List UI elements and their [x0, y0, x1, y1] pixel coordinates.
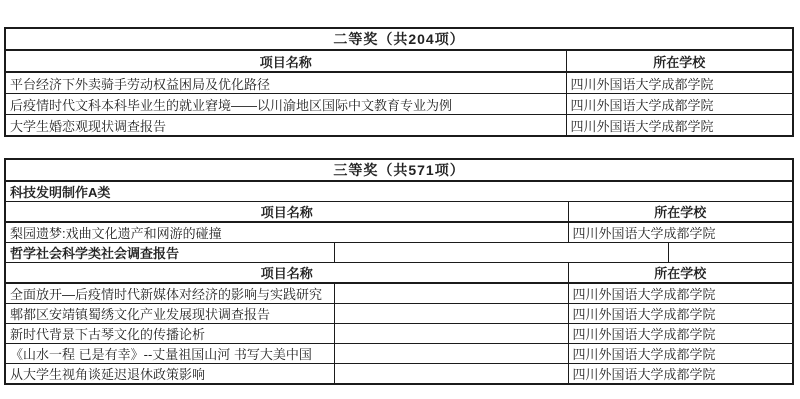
empty-cell: [334, 344, 568, 364]
column-header-project: 项目名称: [5, 202, 568, 223]
title-text: 项）: [435, 31, 465, 47]
project-cell: 大学生婚恋观现状调查报告: [5, 115, 566, 137]
prize-count: 571: [408, 162, 434, 178]
table-row: 平台经济下外卖骑手劳动权益困局及优化路径 四川外国语大学成都学院: [5, 72, 793, 94]
project-cell: 《山水一程 已是有幸》--丈量祖国山河 书写大美中国: [5, 344, 334, 364]
project-cell: 后疫情时代文科本科毕业生的就业窘境——以川渝地区国际中文教育专业为例: [5, 94, 566, 115]
school-cell: 四川外国语大学成都学院: [568, 222, 793, 243]
school-cell: 四川外国语大学成都学院: [568, 364, 793, 385]
section-row: 科技发明制作A类: [5, 181, 793, 202]
table-row: 后疫情时代文科本科毕业生的就业窘境——以川渝地区国际中文教育专业为例 四川外国语…: [5, 94, 793, 115]
table-row: 全面放开—后疫情时代新媒体对经济的影响与实践研究 四川外国语大学成都学院: [5, 283, 793, 304]
second-prize-table: 二等奖（共204项） 项目名称 所在学校 平台经济下外卖骑手劳动权益困局及优化路…: [4, 27, 794, 137]
table-row: 从大学生视角谈延迟退休政策影响 四川外国语大学成都学院: [5, 364, 793, 385]
project-cell: 从大学生视角谈延迟退休政策影响: [5, 364, 334, 385]
project-cell: 平台经济下外卖骑手劳动权益困局及优化路径: [5, 72, 566, 94]
title-text: 二等奖（共: [333, 31, 408, 47]
section-label-philosophy-social-survey: 哲学社会科学类社会调查报告: [5, 243, 334, 263]
column-header-project: 项目名称: [5, 263, 568, 284]
table-row: 二等奖（共204项）: [5, 28, 793, 50]
page: { "colors": { "background": "#ffffff", "…: [0, 0, 800, 399]
project-cell: 全面放开—后疫情时代新媒体对经济的影响与实践研究: [5, 283, 334, 304]
third-prize-title: 三等奖（共571项）: [5, 159, 793, 181]
empty-cell: [668, 243, 793, 263]
table-row: 大学生婚恋观现状调查报告 四川外国语大学成都学院: [5, 115, 793, 137]
section-label-tech-invention-a: 科技发明制作A类: [5, 181, 793, 202]
empty-cell: [334, 283, 568, 304]
section-row: 哲学社会科学类社会调查报告: [5, 243, 793, 263]
column-header-project: 项目名称: [5, 50, 566, 72]
project-cell: 新时代背景下古琴文化的传播论析: [5, 324, 334, 344]
title-text: 项）: [435, 162, 465, 178]
school-cell: 四川外国语大学成都学院: [568, 324, 793, 344]
school-cell: 四川外国语大学成都学院: [568, 344, 793, 364]
column-header-school: 所在学校: [568, 202, 793, 223]
second-prize-title: 二等奖（共204项）: [5, 28, 793, 50]
column-header-school: 所在学校: [568, 263, 793, 284]
empty-cell: [334, 324, 568, 344]
table-row: 《山水一程 已是有幸》--丈量祖国山河 书写大美中国 四川外国语大学成都学院: [5, 344, 793, 364]
empty-cell: [334, 304, 568, 324]
table-row: 新时代背景下古琴文化的传播论析 四川外国语大学成都学院: [5, 324, 793, 344]
school-cell: 四川外国语大学成都学院: [566, 72, 793, 94]
empty-cell: [334, 364, 568, 385]
third-prize-table: 三等奖（共571项） 科技发明制作A类 项目名称 所在学校 梨园遗梦:戏曲文化遗…: [4, 158, 794, 385]
table-row: 梨园遗梦:戏曲文化遗产和网游的碰撞 四川外国语大学成都学院: [5, 222, 793, 243]
project-cell: 郫都区安靖镇蜀绣文化产业发展现状调查报告: [5, 304, 334, 324]
school-cell: 四川外国语大学成都学院: [568, 283, 793, 304]
school-cell: 四川外国语大学成都学院: [566, 94, 793, 115]
empty-cell: [334, 243, 668, 263]
table-row: 郫都区安靖镇蜀绣文化产业发展现状调查报告 四川外国语大学成都学院: [5, 304, 793, 324]
table-header-row: 项目名称 所在学校: [5, 50, 793, 72]
table-header-row: 项目名称 所在学校: [5, 263, 793, 284]
title-text: 三等奖（共: [333, 162, 408, 178]
school-cell: 四川外国语大学成都学院: [566, 115, 793, 137]
school-cell: 四川外国语大学成都学院: [568, 304, 793, 324]
prize-count: 204: [408, 31, 434, 47]
table-header-row: 项目名称 所在学校: [5, 202, 793, 223]
column-header-school: 所在学校: [566, 50, 793, 72]
table-row: 三等奖（共571项）: [5, 159, 793, 181]
project-cell: 梨园遗梦:戏曲文化遗产和网游的碰撞: [5, 222, 568, 243]
